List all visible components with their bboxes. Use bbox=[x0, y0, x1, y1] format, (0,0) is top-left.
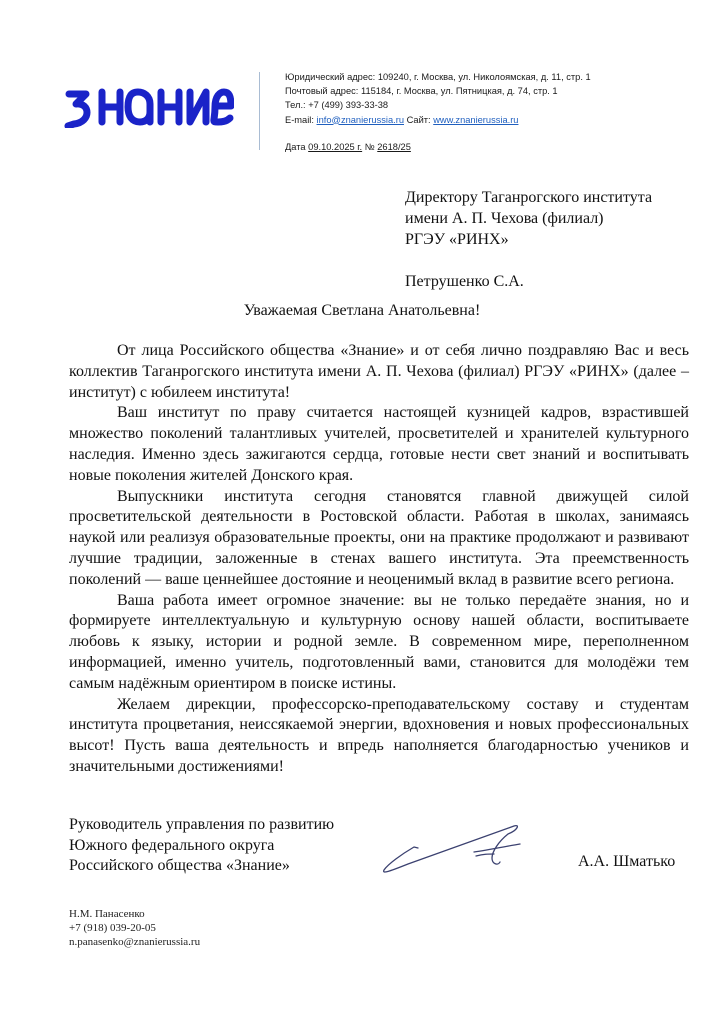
signatory-title: Руководитель управления по развитию Южно… bbox=[69, 815, 334, 877]
executor-name: Н.М. Панасенко bbox=[69, 907, 200, 921]
email-site-row: E-mail: info@znanierussia.ru Сайт: www.z… bbox=[285, 113, 591, 127]
addressee-line: Директору Таганрогского института bbox=[405, 187, 652, 208]
date-label: Дата bbox=[285, 142, 308, 152]
signatory-title-line: Южного федерального округа bbox=[69, 836, 334, 857]
header-divider bbox=[259, 72, 260, 150]
signatory-title-line: Руководитель управления по развитию bbox=[69, 815, 334, 836]
letter-body: От лица Российского общества «Знание» и … bbox=[69, 341, 689, 778]
paragraph: Ваш институт по праву считается настояще… bbox=[69, 403, 689, 486]
site-label: Сайт: bbox=[407, 115, 434, 125]
addressee-line: РГЭУ «РИНХ» bbox=[405, 229, 652, 250]
znanie-logo bbox=[64, 84, 234, 128]
date-value: 09.10.2025 г. bbox=[308, 142, 362, 152]
addressee-block: Директору Таганрогского института имени … bbox=[405, 187, 652, 292]
executor-phone: +7 (918) 039-20-05 bbox=[69, 921, 200, 935]
site-link[interactable]: www.znanierussia.ru bbox=[433, 115, 518, 125]
signer-name: А.А. Шматько bbox=[578, 853, 675, 871]
phone: Тел.: +7 (499) 393-33-38 bbox=[285, 98, 591, 112]
email-label: E-mail: bbox=[285, 115, 317, 125]
legal-address: Юридический адрес: 109240, г. Москва, ул… bbox=[285, 70, 591, 84]
number-label: № bbox=[362, 142, 377, 152]
number-value: 2618/25 bbox=[377, 142, 411, 152]
letter-page: Юридический адрес: 109240, г. Москва, ул… bbox=[0, 0, 724, 1024]
date-number-row: Дата 09.10.2025 г. № 2618/25 bbox=[285, 140, 591, 154]
email-link[interactable]: info@znanierussia.ru bbox=[317, 115, 404, 125]
addressee-line: имени А. П. Чехова (филиал) bbox=[405, 208, 652, 229]
paragraph: Выпускники института сегодня становятся … bbox=[69, 487, 689, 591]
paragraph: Желаем дирекции, профессорско-преподават… bbox=[69, 695, 689, 778]
executor-email: n.panasenko@znanierussia.ru bbox=[69, 935, 200, 949]
paragraph: От лица Российского общества «Знание» и … bbox=[69, 341, 689, 403]
paragraph: Ваша работа имеет огромное значение: вы … bbox=[69, 591, 689, 695]
handwritten-signature-icon bbox=[378, 820, 528, 880]
postal-address: Почтовый адрес: 115184, г. Москва, ул. П… bbox=[285, 84, 591, 98]
salutation: Уважаемая Светлана Анатольевна! bbox=[0, 302, 724, 320]
addressee-name: Петрушенко С.А. bbox=[405, 271, 652, 292]
signatory-title-line: Российского общества «Знание» bbox=[69, 856, 334, 877]
executor-block: Н.М. Панасенко +7 (918) 039-20-05 n.pana… bbox=[69, 907, 200, 949]
contact-block: Юридический адрес: 109240, г. Москва, ул… bbox=[285, 70, 591, 154]
